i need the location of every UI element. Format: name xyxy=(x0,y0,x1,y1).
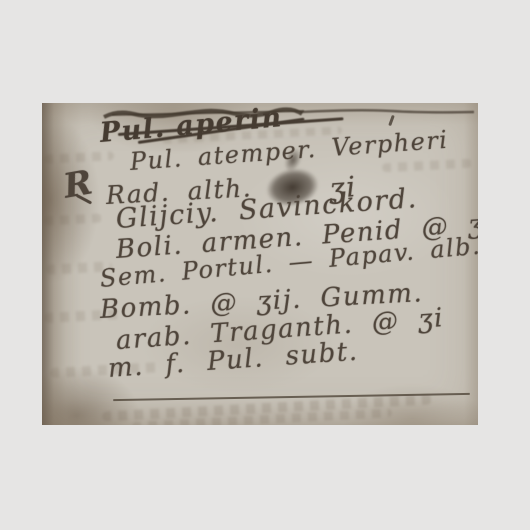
rx-prescription-symbol: R xyxy=(61,162,97,207)
rx-letter: R xyxy=(61,162,97,207)
page-background: Pul. aperin Pul. atemper. Verpheri R Rad… xyxy=(0,0,530,530)
manuscript-photo: Pul. aperin Pul. atemper. Verpheri R Rad… xyxy=(42,103,478,425)
bleed-through-text xyxy=(44,213,102,225)
bleed-through-text xyxy=(382,159,472,173)
bleed-through-text xyxy=(44,151,114,164)
